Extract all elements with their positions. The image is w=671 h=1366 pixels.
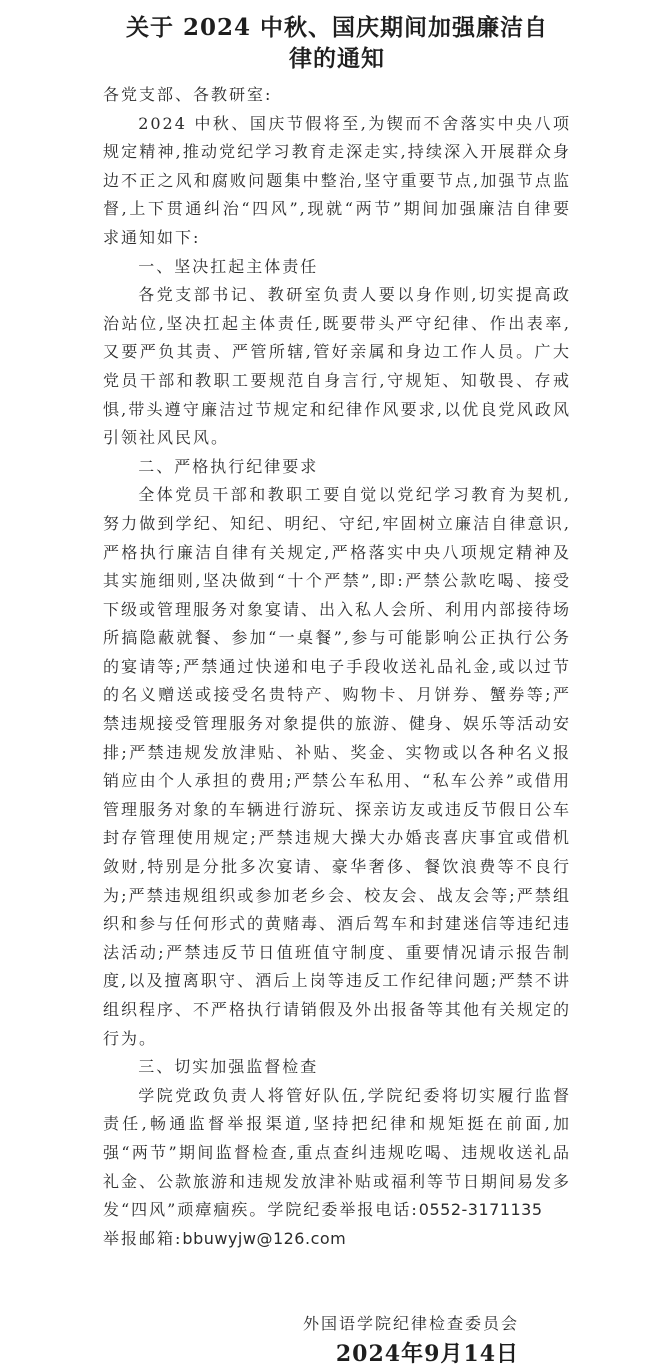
notice-title: 关于 2024 中秋、国庆期间加强廉洁自律的通知	[116, 12, 558, 74]
salutation: 各党支部、各教研室:	[103, 81, 571, 110]
paragraph-supervision: 学院党政负责人将管好队伍,学院纪委将切实履行监督责任,畅通监督举报渠道,坚持把纪…	[103, 1082, 571, 1225]
email-line: 举报邮箱:bbuwyjw@126.com	[103, 1225, 571, 1254]
section-heading-3: 三、切实加强监督检查	[103, 1053, 571, 1082]
report-email-label: 举报邮箱:	[103, 1229, 182, 1248]
paragraph-discipline: 全体党员干部和教职工要自觉以党纪学习教育为契机,努力做到学纪、知纪、明纪、守纪,…	[103, 481, 571, 1053]
report-phone-label: 学院纪委举报电话:	[267, 1200, 418, 1219]
report-email-address: bbuwyjw@126.com	[182, 1229, 346, 1248]
signature-block: 外国语学院纪律检查委员会 2024年9月14日	[103, 1309, 519, 1366]
notice-page: 关于 2024 中秋、国庆期间加强廉洁自律的通知 各党支部、各教研室: 2024…	[0, 0, 671, 1366]
paragraph-intro: 2024 中秋、国庆节假将至,为锲而不舍落实中央八项规定精神,推动党纪学习教育走…	[103, 110, 571, 253]
paragraph-responsibility: 各党支部书记、教研室负责人要以身作则,切实提高政治站位,坚决扛起主体责任,既要带…	[103, 281, 571, 453]
report-phone-number: 0552-3171135	[419, 1200, 543, 1219]
section-heading-1: 一、坚决扛起主体责任	[103, 253, 571, 282]
section-heading-2: 二、严格执行纪律要求	[103, 453, 571, 482]
signature: 外国语学院纪律检查委员会	[103, 1309, 519, 1339]
date: 2024年9月14日	[103, 1339, 519, 1366]
